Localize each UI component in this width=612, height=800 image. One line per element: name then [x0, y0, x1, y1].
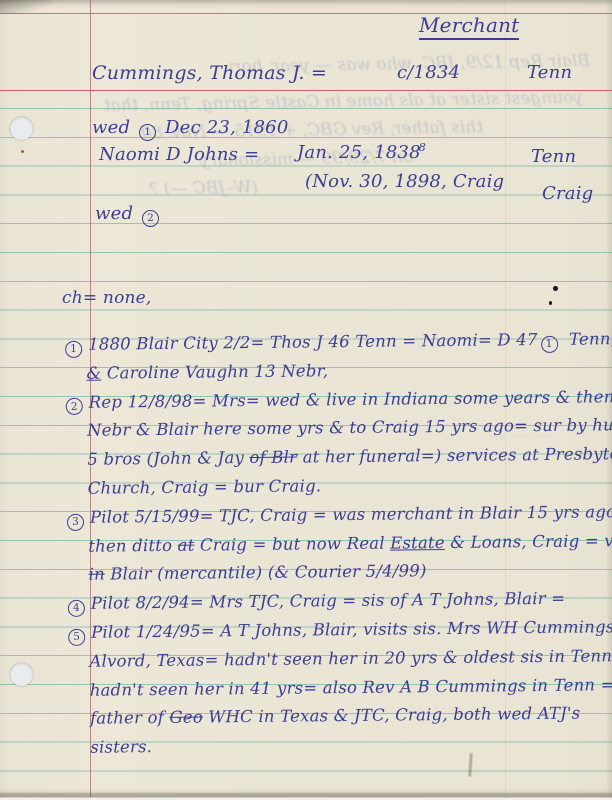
note-text: Pilot 1/24/95= A T Johns, Blair, visits …: [91, 617, 612, 642]
first-marriage-line: wed 1 Dec 23, 1860: [92, 117, 288, 141]
marriage-date: Dec 23, 1860: [165, 117, 288, 138]
ink-speck: [549, 301, 552, 305]
note-text: 5 bros (John & Jay: [87, 448, 249, 469]
ink-speck: [553, 286, 558, 291]
note-text: 1880 Blair City 2/2= Thos J 46 Tenn = Na…: [88, 330, 538, 354]
spouse-death-date: (Nov. 30, 1898, Craig: [305, 171, 504, 192]
note-text: & Loans, Craig = visits: [445, 530, 612, 551]
note-text: of Blr: [249, 448, 297, 467]
note-text: Church, Craig = bur Craig.: [88, 476, 322, 497]
spouse-death-place: Craig: [542, 183, 593, 204]
note-text: Estate: [390, 533, 445, 553]
circled-number: 1: [541, 336, 558, 353]
ink-speck: [21, 150, 24, 153]
superscript-correction: 8: [419, 141, 426, 154]
note-text: Tenn,: [564, 329, 612, 349]
punch-hole-top: [10, 117, 33, 140]
note-line: father of Geo WHC in Texas & JTC, Craig,…: [66, 700, 611, 735]
note-text: Rep 12/8/98= Mrs= wed & live in Indiana …: [89, 387, 612, 412]
note-number: 3: [67, 513, 84, 530]
spouse-name: Naomi D Johns =: [99, 144, 259, 165]
occupation-heading: Merchant: [419, 13, 519, 40]
note-text: Nebr & Blair here some yrs & to Craig 15…: [87, 415, 612, 440]
note-text: Blair (mercantile) (& Courier 5/4/99): [105, 562, 427, 584]
note-text: Pilot 5/15/99= TJC, Craig = was merchant…: [90, 502, 612, 527]
note-number: 2: [66, 398, 83, 415]
note-text: at: [178, 535, 195, 554]
scanned-notecard: Blair Rep 12/9, JBC, who was — year, bor…: [0, 0, 612, 800]
top-red-rule: [0, 13, 612, 14]
note-text: Caroline Vaughn 13 Nebr,: [101, 361, 328, 382]
note-text: Geo: [169, 708, 203, 727]
note-line: 11880 Blair City 2/2= Thos J 46 Tenn = N…: [62, 325, 607, 360]
spouse-birth-place: Tenn: [531, 146, 576, 167]
note-text: Pilot 8/2/94= Mrs TJC, Craig = sis of A …: [91, 589, 566, 613]
second-marriage-line: wed 2: [95, 203, 162, 227]
children-line: ch= none,: [62, 288, 152, 308]
note-number: 4: [68, 600, 85, 617]
birth-year: c/1834: [397, 62, 460, 83]
scan-bottom-edge: [0, 788, 612, 800]
note-text: &: [86, 363, 101, 382]
note-number: 5: [68, 628, 85, 645]
spouse-birth-date: Jan. 25, 18388: [297, 142, 426, 163]
note-text: father of: [90, 708, 170, 728]
bleedthrough-text: (W–JBC —) ?: [93, 178, 258, 201]
wed-label: wed: [95, 203, 133, 224]
note-text: Alvord, Texas= hadn't seen her in 20 yrs…: [89, 646, 612, 671]
note-line: 5 bros (John & Jay of Blr at her funeral…: [63, 440, 608, 475]
scan-right-edge: [606, 0, 612, 800]
scan-top-edge: [0, 0, 612, 9]
note-number: 1: [65, 341, 82, 358]
birth-place: Tenn: [527, 62, 572, 83]
circled-number: 1: [139, 124, 156, 141]
scan-corner-shadow: [0, 0, 52, 14]
note-text: Craig = but now Real: [194, 533, 390, 554]
note-text: at her funeral=) services at Presbyteria…: [297, 444, 612, 467]
note-text: WHC in Texas & JTC, Craig, both wed ATJ'…: [203, 704, 581, 727]
subject-name: Cummings, Thomas J. =: [92, 62, 327, 84]
note-text: in: [88, 565, 105, 584]
note-line: sisters.: [66, 728, 611, 763]
notes-list: 11880 Blair City 2/2= Thos J 46 Tenn = N…: [62, 325, 611, 763]
punch-hole-bottom: [10, 663, 33, 686]
wed-label: wed: [92, 117, 130, 138]
note-text: sisters.: [90, 737, 152, 757]
circled-number: 2: [142, 210, 159, 227]
spouse-birth-text: Jan. 25, 1838: [297, 142, 421, 163]
note-text: then ditto: [88, 535, 178, 555]
note-text: hadn't seen her in 41 yrs= also Rev A B …: [90, 675, 612, 699]
